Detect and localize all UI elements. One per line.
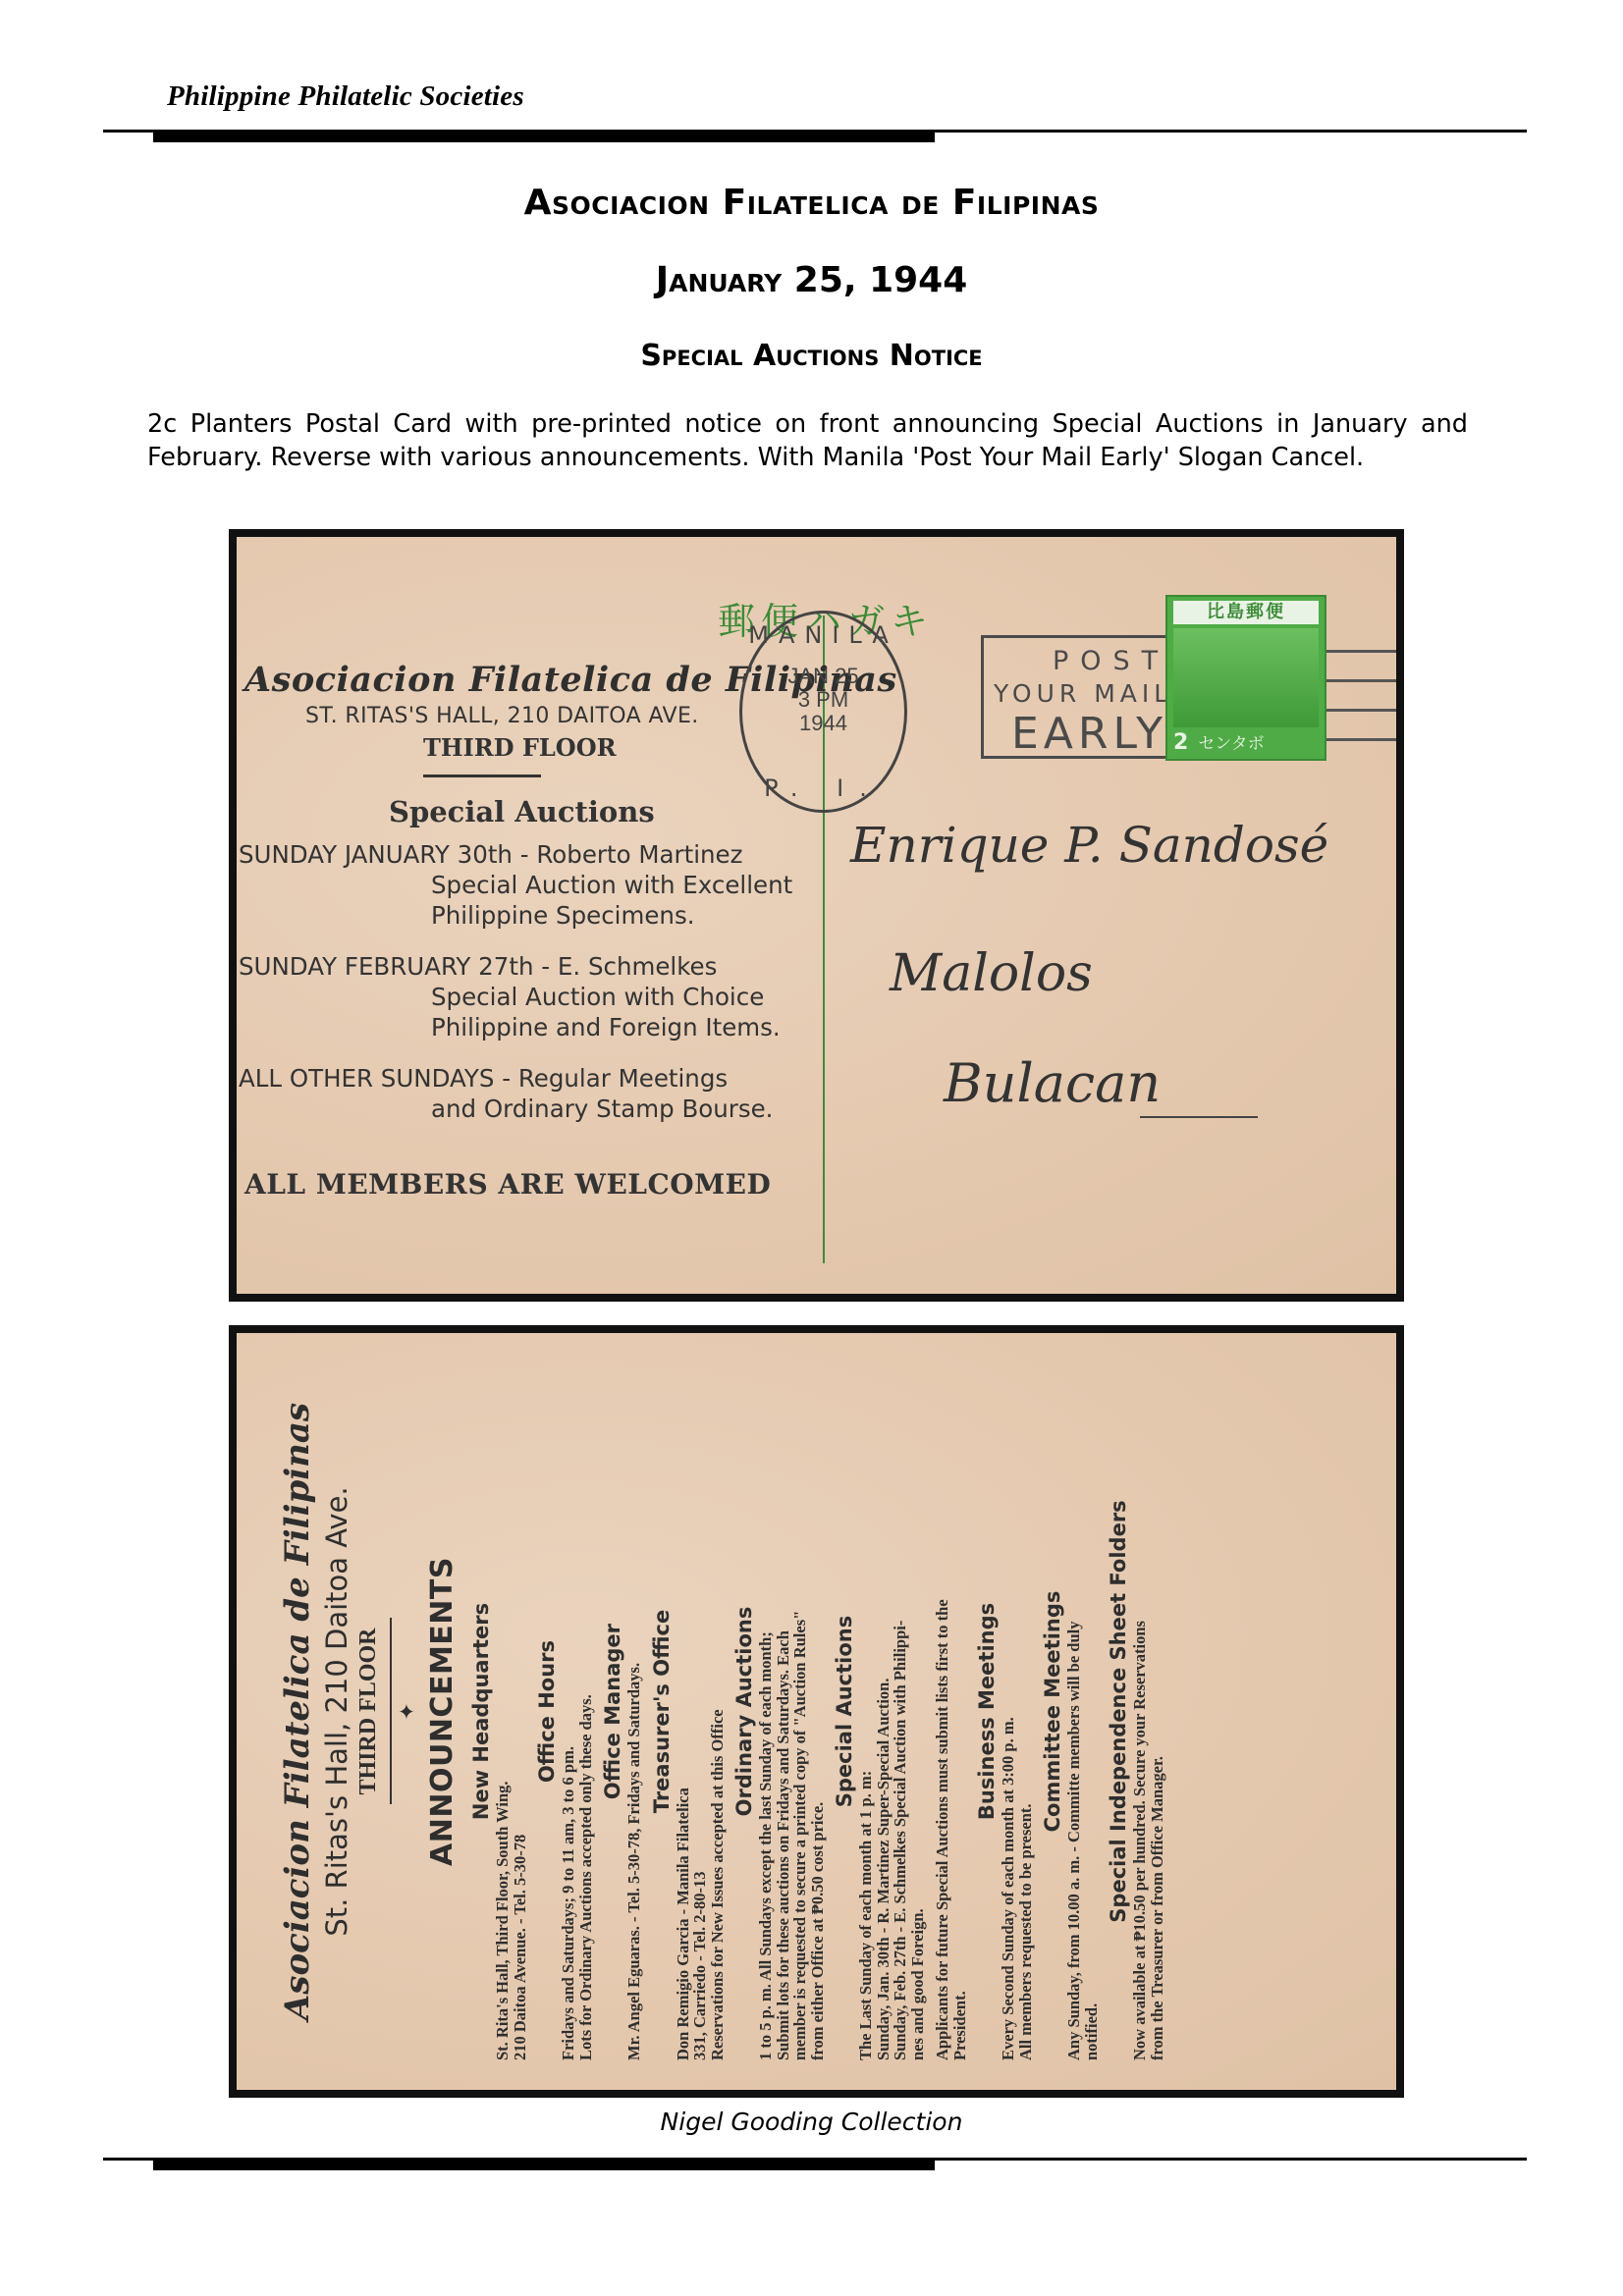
section-body: St. Rita's Hall, Third Floor, South Wing…	[494, 1362, 528, 2060]
card-front-surface: 郵便ハガキ Asociacion Filatelica de Filipinas…	[237, 537, 1396, 1294]
section-line: Fridays and Saturdays; 9 to 11 am, 3 to …	[560, 1362, 577, 2060]
announcement-section: Special Independence Sheet FoldersNow av…	[1106, 1362, 1165, 2060]
section-line: Reservations for New Issues accepted at …	[709, 1362, 727, 2060]
event-item: SUNDAY FEBRUARY 27th - E. Schmelkes Spec…	[239, 951, 808, 1042]
back-address: St. Ritas's Hall, 210 Daitoa Ave.	[319, 1362, 354, 2060]
section-line: Any Sunday, from 10.00 a. m. - Committe …	[1065, 1362, 1083, 2060]
handwritten-town: Malolos	[890, 944, 1093, 1003]
section-line: 1 to 5 p. m. All Sundays except the last…	[757, 1362, 775, 2060]
footer-rule-thick	[153, 2161, 935, 2170]
handwritten-addressee: Enrique P. Sandosé	[850, 817, 1328, 874]
manila-postmark: MANILA JAN 25 3 PM 1944 P. I.	[739, 611, 907, 813]
section-line: Submit lots for these auctions on Friday…	[775, 1362, 792, 2060]
announcement-section: Special AuctionsThe Last Sunday of each …	[832, 1362, 968, 2060]
card-back-surface: Asociacion Filatelica de Filipinas St. R…	[237, 1333, 1396, 2090]
announcement-section: Treasurer's OfficeDon Remigio Garcia - M…	[649, 1362, 727, 2060]
back-rule	[390, 1619, 392, 1805]
section-body: Any Sunday, from 10.00 a. m. - Committe …	[1065, 1362, 1100, 2060]
section-line: 331, Carriedo - Tel. 2-80-13	[691, 1362, 709, 2060]
announcement-section: Office HoursFridays and Saturdays; 9 to …	[534, 1362, 594, 2060]
announcement-section: Ordinary Auctions1 to 5 p. m. All Sunday…	[731, 1362, 826, 2060]
section-body: 1 to 5 p. m. All Sundays except the last…	[757, 1362, 826, 2060]
section-line: from the Treasurer or from Office Manage…	[1149, 1362, 1166, 2060]
announcements-title: ANNOUNCEMENTS	[423, 1362, 462, 2060]
section-line: President.	[951, 1362, 969, 2060]
event-item: ALL OTHER SUNDAYS - Regular Meetings and…	[239, 1063, 808, 1124]
section-heading: Committee Meetings	[1040, 1362, 1065, 2060]
section-line: Now available at ₱10.50 per hundred. Sec…	[1131, 1362, 1149, 2060]
section-body: Mr. Angel Eguaras. - Tel. 5-30-78, Frida…	[625, 1362, 643, 2060]
front-short-rule	[423, 774, 541, 777]
back-society-name: Asociacion Filatelica de Filipinas	[276, 1362, 319, 2060]
section-line: 210 Daitoa Avenue. - Tel. 5-30-78	[512, 1362, 529, 2060]
section-line: Sunday, Jan. 30th - R. Martinez Super-Sp…	[875, 1362, 893, 2060]
date-title: January 25, 1944	[0, 260, 1623, 300]
planters-stamp-imprint: 比島郵便 2センタボ	[1165, 595, 1326, 761]
handwriting-underline	[1140, 1116, 1258, 1118]
society-title: Asociacion Filatelica de Filipinas	[0, 183, 1623, 223]
section-heading: New Headquarters	[468, 1362, 494, 2060]
section-line: St. Rita's Hall, Third Floor, South Wing…	[494, 1362, 512, 2060]
postmark-city: MANILA	[742, 621, 904, 649]
front-address: ST. RITAS'S HALL, 210 DAITOA AVE.	[305, 704, 699, 728]
postal-card-back: Asociacion Filatelica de Filipinas St. R…	[229, 1325, 1404, 2098]
postal-card-front: 郵便ハガキ Asociacion Filatelica de Filipinas…	[229, 529, 1404, 1302]
front-floor: THIRD FLOOR	[423, 733, 617, 762]
announcement-section: Office ManagerMr. Angel Eguaras. - Tel. …	[600, 1362, 643, 2060]
event-item: SUNDAY JANUARY 30th - Roberto Martinez S…	[239, 839, 808, 931]
handwritten-province: Bulacan	[944, 1052, 1161, 1114]
section-line: nes and good Foreign.	[909, 1362, 927, 2060]
section-body: Now available at ₱10.50 per hundred. Sec…	[1131, 1362, 1165, 2060]
header-rule-thick	[153, 133, 935, 142]
section-line: notified.	[1083, 1362, 1101, 2060]
announcement-section: New HeadquartersSt. Rita's Hall, Third F…	[468, 1362, 528, 2060]
back-floor: THIRD FLOOR	[354, 1362, 382, 2060]
section-heading: Ordinary Auctions	[731, 1362, 757, 2060]
front-section-heading: Special Auctions	[389, 795, 655, 828]
section-line: Mr. Angel Eguaras. - Tel. 5-30-78, Frida…	[625, 1362, 643, 2060]
announcement-sections: New HeadquartersSt. Rita's Hall, Third F…	[468, 1362, 1165, 2060]
section-body: Every Second Sunday of each month at 3:0…	[1000, 1362, 1034, 2060]
stamp-top-text: 比島郵便	[1173, 601, 1319, 624]
announcement-section: Committee MeetingsAny Sunday, from 10.00…	[1040, 1362, 1100, 2060]
postmark-country: P. I.	[742, 774, 904, 802]
rotated-announcements: Asociacion Filatelica de Filipinas St. R…	[237, 1333, 1396, 2090]
section-heading: Treasurer's Office	[649, 1362, 675, 2060]
section-line: Lots for Ordinary Auctions accepted only…	[577, 1362, 595, 2060]
announcement-section: Business MeetingsEvery Second Sunday of …	[974, 1362, 1034, 2060]
section-heading: Office Hours	[534, 1362, 560, 2060]
collection-caption: Nigel Gooding Collection	[0, 2108, 1623, 2136]
ornament-star-icon: ✦	[396, 1362, 419, 2060]
item-description: 2c Planters Postal Card with pre-printed…	[147, 407, 1468, 474]
section-line: All members requested to be present.	[1017, 1362, 1035, 2060]
section-body: Fridays and Saturdays; 9 to 11 am, 3 to …	[560, 1362, 594, 2060]
section-line: from either Office at ₱0.50 cost price.	[809, 1362, 827, 2060]
section-body: Don Remigio Garcia - Manila Filatelica33…	[675, 1362, 727, 2060]
section-line: Don Remigio Garcia - Manila Filatelica	[675, 1362, 692, 2060]
section-line: The Last Sunday of each month at 1 p. m:	[857, 1362, 875, 2060]
section-line: Sunday, Feb. 27th - E. Schmelkes Special…	[892, 1362, 909, 2060]
section-heading: Special Independence Sheet Folders	[1106, 1362, 1131, 2060]
welcome-line: ALL MEMBERS ARE WELCOMED	[244, 1168, 771, 1201]
section-line: Every Second Sunday of each month at 3:0…	[1000, 1362, 1017, 2060]
section-heading: Office Manager	[600, 1362, 625, 2060]
section-heading: Business Meetings	[974, 1362, 1000, 2060]
stamp-value: 2センタボ	[1173, 731, 1319, 755]
subject-title: Special Auctions Notice	[0, 339, 1623, 373]
section-heading: Special Auctions	[832, 1362, 857, 2060]
section-line: member is requested to secure a printed …	[791, 1362, 809, 2060]
running-header-title: Philippine Philatelic Societies	[167, 80, 524, 113]
section-body: The Last Sunday of each month at 1 p. m:…	[857, 1362, 968, 2060]
section-line: Applicants for future Special Auctions m…	[934, 1362, 951, 2060]
planter-image-icon	[1173, 628, 1319, 727]
postmark-date: JAN 25 3 PM 1944	[777, 665, 870, 735]
